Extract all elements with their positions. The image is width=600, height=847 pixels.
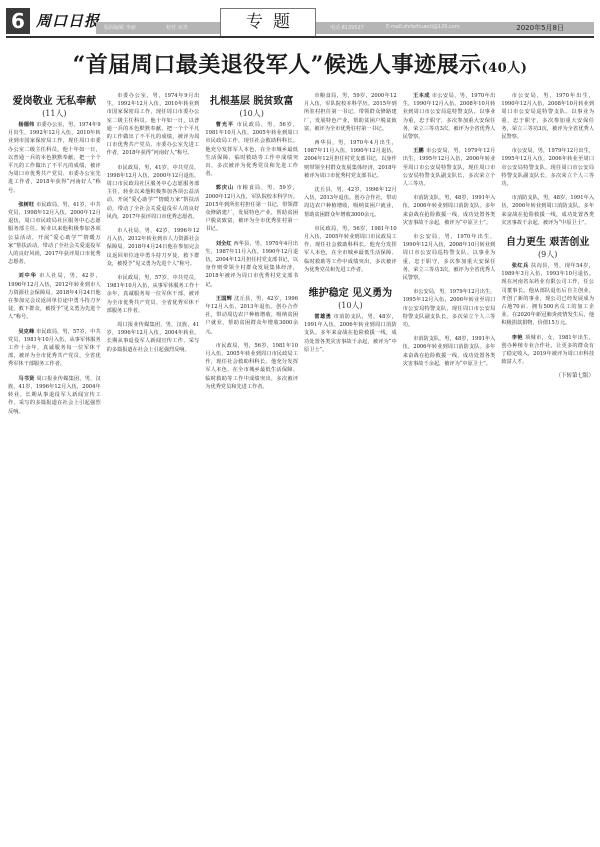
profile-text: 市民政局，男，41岁，中共党员，1998年12月入伍，2000年12月退伍，周口… (107, 165, 200, 220)
column-4: 市粮食局，男，59岁，2000年12月入伍，军队院校本科学历。2015年到所驻村… (304, 92, 397, 842)
profile-text: 西华县，男，1970年4月出生，1987年11月入伍，1990年12月退伍。20… (304, 140, 397, 179)
profile-paragraph: 市消防支队，男，48岁，1991年入伍，2006年转业到周口消防支队。多年来奋战… (501, 194, 594, 227)
profile-paragraph: 沈丘县，男，42岁，1996年12月入伍，2013年退伍。创办合作社，带动周边农… (304, 186, 397, 219)
headline-title: “首届周口最美退役军人”候选人事迹展示 (73, 52, 482, 78)
article-columns: 爱岗敬业 无私奉献 (11人) 杨德伟 市委办公室，男，1974年9月出生，19… (8, 92, 594, 842)
profile-name: 张红兵 (512, 263, 529, 269)
profile-text: 市人社局，男，42岁，1996年12月入伍，2012年转业到市人力资源社会保障局… (8, 273, 101, 320)
profile-name: 郭庆山 (216, 185, 234, 191)
profile-paragraph: 市民政局，男，56岁，1981年10月入伍，2005年转业到周口市民政局工作，现… (304, 225, 397, 274)
profile-paragraph: 市公安局，男，1970年出生，1990年12月入伍，2008年10月转业到周口市… (403, 233, 496, 282)
profile-text: 市粮食局，男，59岁，2000年12月入伍，军队院校本科学历。2015年到所驻村… (304, 93, 397, 132)
section-title: 爱岗敬业 无私奉献 (8, 96, 101, 108)
masthead-band-left: 版面编辑 李丽 校对 宋青 (96, 22, 220, 34)
profile-paragraph: 市粮食局，男，59岁，2000年12月入伍，军队院校本科学历。2015年到所驻村… (304, 92, 397, 133)
design-credit: 校对 宋青 (166, 24, 188, 31)
profile-name: 吴克峰 (18, 329, 34, 335)
profile-paragraph: 张红兵 扶沟县，男，现年54岁，1989年3月入伍，1993年10月退伍。现在河… (501, 262, 594, 328)
profile-paragraph: 市消防支队，男，48岁，1991年入伍，2006年转业到周口消防支队。多年来奋战… (403, 194, 496, 227)
profile-name: 雷雄勇 (314, 314, 331, 320)
section-count: (9人) (501, 249, 594, 260)
profile-text: 市委办公室，男，1974年9月出生，1992年12月入伍，2010年转业到市国家… (8, 122, 101, 194)
profile-paragraph: 刘全红 西华县，男，1970年4月出生，1987年11月入伍，1990年12月退… (205, 240, 298, 289)
profile-text: 扶沟县，男，现年54岁，1989年3月入伍，1993年10月退伍。现在河南省东药… (501, 263, 594, 326)
newspaper-logo: 周口日报 (36, 10, 100, 31)
profile-paragraph: 马书贤 周口报业传媒集团，男，汉族，41岁，1996年12月入伍，2004年转业… (8, 375, 101, 416)
profile-paragraph: 吴克峰 市民政局，男，57岁，中共党员，1981年10月入伍，从事军休服务工作十… (8, 328, 101, 369)
profile-paragraph: 李艳 项城市，女，1981年出生，创办种植专业合作社，让更多的群众有了稳定收入，… (501, 334, 594, 367)
section-title: 自力更生 艰苦创业 (501, 237, 594, 249)
profile-paragraph: 曹光平 市民政局，男，56岁，1981年10月入伍，2005年转业到周口市民政局… (205, 121, 298, 178)
profile-text: 市粮食局，男，59岁，2000年12月入伍，军队院校本科学历。2015年到所驻村… (205, 185, 298, 232)
continued-note: （下转第七版） (501, 372, 594, 380)
section-title: 维护稳定 见义勇为 (304, 288, 397, 300)
issue-date: 2020年5月8日 (516, 22, 564, 34)
column-2: 市委办公室，男，1974年9月出生，1992年12月入伍，2010年转业到市国家… (107, 92, 200, 842)
column-3: 扎根基层 脱贫致富 (10人) 曹光平 市民政局，男，56岁，1981年10月入… (205, 92, 298, 842)
profile-text: 周口报业传媒集团，男，汉族，41岁，1996年12月入伍，2004年转业。长期从… (107, 322, 200, 353)
profile-paragraph: 郭庆山 市粮食局，男，59岁，2000年12月入伍，军队院校本科学历。2015年… (205, 184, 298, 233)
section-title: 扎根基层 脱贫致富 (205, 96, 298, 108)
profile-paragraph: 市公安局，男，1979年12月出生，1995年12月入伍，2006年转业至周口市… (403, 288, 496, 329)
profile-name: 马书贤 (18, 376, 34, 382)
profile-text: 市公安局，男，1970年出生，1990年12月入伍，2008年10月转业到周口市… (501, 93, 594, 140)
phone-credit: 电话 8139527 (330, 24, 364, 31)
section-count: (10人) (205, 108, 298, 119)
profile-name: 李艳 (512, 335, 523, 341)
profile-text: 市民政局，男，41岁，中共党员，1998年12月入伍，2000年12月退伍，周口… (8, 202, 101, 265)
column-1: 爱岗敬业 无私奉献 (11人) 杨德伟 市委办公室，男，1974年9月出生，19… (8, 92, 101, 842)
profile-paragraph: 王鹏 市公安局，男，1979年12月出生，1995年12月入伍，2006年转业至… (403, 147, 496, 188)
profile-paragraph: 市消防支队，男，48岁，1991年入伍，2006年转业到周口消防支队。多年来奋战… (403, 335, 496, 368)
section-count: (10人) (304, 300, 397, 311)
profile-paragraph: 市民政局，男，56岁，1981年10月入伍，2005年转业到周口市民政局工作，现… (205, 342, 298, 391)
profile-paragraph: 市人社局，男，42岁，1996年12月入伍，2012年转业到市人力资源社会保障局… (107, 227, 200, 268)
profile-text: 市公安局，男，1970年出生，1990年12月入伍，2008年10月转业到周口市… (403, 234, 496, 281)
profile-text: 市民政局，男，56岁，1981年10月入伍，2005年转业到周口市民政局工作，现… (205, 343, 298, 390)
profile-paragraph: 雷雄勇 市消防支队，男，48岁，1991年入伍，2006年转业到周口消防支队。多… (304, 313, 397, 354)
profile-text: 沈丘县，男，42岁，1996年12月入伍，2013年退伍。创办合作社，带动周边农… (304, 187, 397, 218)
profile-paragraph: 市委办公室，男，1974年9月出生，1992年12月入伍，2010年转业到市国家… (107, 92, 200, 158)
column-5: 王本成 市公安局，男，1970年出生，1990年12月入伍，2008年10月转业… (403, 92, 496, 842)
profile-text: 市消防支队，男，48岁，1991年入伍，2006年转业到周口消防支队。多年来奋战… (501, 195, 594, 226)
profile-paragraph: 市民政局，男，41岁，中共党员，1998年12月入伍，2000年12月退伍，周口… (107, 164, 200, 221)
section-heading: 扎根基层 脱贫致富 (10人) (205, 96, 298, 119)
profile-name: 王本成 (413, 93, 430, 99)
profile-paragraph: 市民政局，男，57岁，中共党员，1981年10月入伍，从事军休服务工作十余年，真… (107, 274, 200, 315)
profile-paragraph: 王本成 市公安局，男，1970年出生，1990年12月入伍，2008年10月转业… (403, 92, 496, 141)
profile-paragraph: 周口报业传媒集团，男，汉族，41岁，1996年12月入伍，2004年转业。长期从… (107, 321, 200, 354)
profile-name: 王鹏 (413, 148, 424, 154)
profile-text: 市公安局，男，1970年出生，1990年12月入伍，2008年10月转业到周口市… (403, 93, 496, 140)
headline-count: (40人) (481, 61, 527, 76)
profile-name: 刘全红 (216, 241, 232, 247)
profile-name: 张树旺 (18, 202, 34, 208)
profile-name: 曹光平 (216, 122, 234, 128)
profile-paragraph: 市公安局，男，1979年12月出生，1995年12月入伍，2006年转业至周口市… (501, 147, 594, 188)
profile-text: 市民政局，男，56岁，1981年10月入伍，2005年转业到周口市民政局工作，现… (304, 226, 397, 273)
profile-paragraph: 市公安局，男，1970年出生，1990年12月入伍，2008年10月转业到周口市… (501, 92, 594, 141)
profile-paragraph: 西华县，男，1970年4月出生，1987年11月入伍，1990年12月退伍。20… (304, 139, 397, 180)
email-credit: E-mail:zhrbzhuanti@126.com (386, 24, 460, 30)
profile-text: 市民政局，男，57岁，中共党员，1981年10月入伍，从事军休服务工作十余年，真… (107, 275, 200, 314)
profile-text: 市民政局，男，56岁，1981年10月入伍，2005年转业到周口市民政局工作，现… (205, 122, 298, 177)
masthead: 6 周口日报 版面编辑 李丽 校对 宋青 专题 电话 8139527 E-mai… (6, 8, 594, 38)
section-label: 专题 (220, 8, 316, 36)
profile-paragraph: 刘中华 市人社局，男，42岁，1996年12月入伍，2012年转业到市人力资源社… (8, 272, 101, 321)
profile-paragraph: 杨德伟 市委办公室，男，1974年9月出生，1992年12月入伍，2010年转业… (8, 121, 101, 195)
profile-text: 市消防支队，男，48岁，1991年入伍，2006年转业到周口消防支队。多年来奋战… (403, 195, 496, 226)
profile-text: 市公安局，男，1979年12月出生，1995年12月入伍，2006年转业至周口市… (403, 289, 496, 328)
profile-text: 市公安局，男，1979年12月出生，1995年12月入伍，2006年转业至周口市… (501, 148, 594, 187)
page-number: 6 (6, 8, 30, 34)
section-heading: 爱岗敬业 无私奉献 (11人) (8, 96, 101, 119)
profile-name: 王国辉 (216, 296, 232, 302)
editor-credit: 版面编辑 李丽 (104, 24, 136, 31)
column-6: 市公安局，男，1970年出生，1990年12月入伍，2008年10月转业到周口市… (501, 92, 594, 842)
section-count: (11人) (8, 108, 101, 119)
section-heading: 维护稳定 见义勇为 (10人) (304, 288, 397, 311)
section-heading: 自力更生 艰苦创业 (9人) (501, 237, 594, 260)
profile-name: 杨德伟 (18, 122, 34, 128)
profile-paragraph: 王国辉 沈丘县，男，42岁，1996年12月入伍，2013年退伍。创办合作社，带… (205, 295, 298, 336)
profile-text: 市消防支队，男，48岁，1991年入伍，2006年转业到周口消防支队。多年来奋战… (403, 336, 496, 367)
profile-name: 刘中华 (18, 273, 36, 279)
page-headline: “首届周口最美退役军人”候选人事迹展示(40人) (0, 48, 600, 79)
profile-paragraph: 张树旺 市民政局，男，41岁，中共党员，1998年12月入伍，2000年12月退… (8, 201, 101, 267)
profile-text: 市委办公室，男，1974年9月出生，1992年12月入伍，2010年转业到市国家… (107, 93, 200, 156)
masthead-rule (6, 36, 594, 38)
profile-text: 市人社局，男，42岁，1996年12月入伍，2012年转业到市人力资源社会保障局… (107, 228, 200, 267)
profile-text: 西华县，男，1970年4月出生，1987年11月入伍，1990年12月退伍。20… (205, 241, 298, 288)
